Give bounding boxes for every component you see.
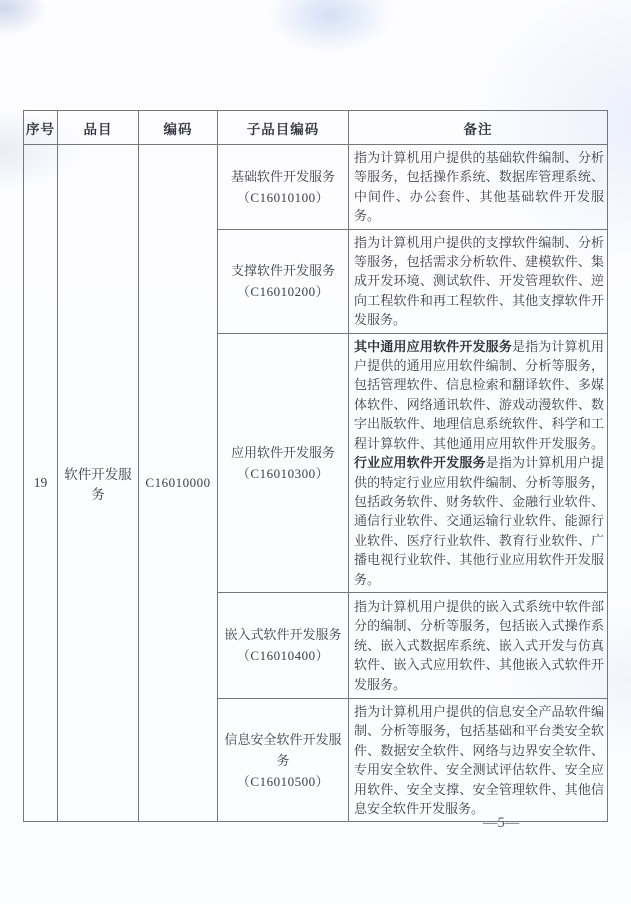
code-cell: C16010000 — [139, 145, 218, 822]
remark-text: 是指为计算机用户提供的通用应用软件编制、分析等服务，包括管理软件、信息检索和翻译… — [354, 339, 604, 451]
subitem-code: （C16010400） — [220, 645, 346, 666]
subitem-name: 信息安全软件开发服务 — [220, 729, 346, 771]
remark-bold-term: 其中通用应用软件开发服务 — [354, 339, 512, 354]
subitem-code: （C16010200） — [220, 281, 346, 302]
column-header-1: 品目 — [58, 111, 139, 145]
subitem-name: 嵌入式软件开发服务 — [220, 624, 346, 645]
remark-text: 指为计算机用户提供的信息安全产品软件编制、分析等服务，包括基础和平台类安全软件、… — [354, 704, 604, 816]
remark-text: 是指为计算机用户提供的特定行业应用软件编制、分析等服务，包括政务软件、财务软件、… — [354, 455, 604, 586]
remark-cell: 指为计算机用户提供的信息安全产品软件编制、分析等服务，包括基础和平台类安全软件、… — [349, 698, 608, 821]
table-body: 19软件开发服务C16010000基础软件开发服务（C16010100）指为计算… — [24, 145, 608, 822]
table-header: 序号品目编码子品目编码备注 — [24, 111, 608, 145]
column-header-2: 编码 — [139, 111, 218, 145]
subitem-name: 基础软件开发服务 — [220, 166, 346, 187]
subitem-code: （C16010500） — [220, 771, 346, 792]
table-row: 19软件开发服务C16010000基础软件开发服务（C16010100）指为计算… — [24, 145, 608, 230]
subitem-name: 支撑软件开发服务 — [220, 260, 346, 281]
seq-cell: 19 — [24, 145, 58, 822]
subitem-name: 应用软件开发服务 — [220, 442, 346, 463]
subitem-cell: 支撑软件开发服务（C16010200） — [218, 229, 349, 333]
remark-bold-term: 行业应用软件开发服务 — [354, 455, 486, 470]
subitem-cell: 信息安全软件开发服务（C16010500） — [218, 698, 349, 821]
subitem-cell: 应用软件开发服务（C16010300） — [218, 333, 349, 592]
remark-text: 指为计算机用户提供的支撑软件编制、分析等服务，包括需求分析软件、建模软件、集成开… — [354, 235, 604, 328]
classification-table: 序号品目编码子品目编码备注 19软件开发服务C16010000基础软件开发服务（… — [23, 110, 608, 822]
document-page: 序号品目编码子品目编码备注 19软件开发服务C16010000基础软件开发服务（… — [0, 0, 631, 904]
subitem-code: （C16010100） — [220, 187, 346, 208]
remark-cell: 指为计算机用户提供的基础软件编制、分析等服务，包括操作系统、数据库管理系统、中间… — [349, 145, 608, 230]
remark-text: 指为计算机用户提供的嵌入式系统中软件部分的编制、分析等服务，包括嵌入式操作系统、… — [354, 599, 604, 692]
subitem-cell: 嵌入式软件开发服务（C16010400） — [218, 592, 349, 698]
header-row: 序号品目编码子品目编码备注 — [24, 111, 608, 145]
subitem-cell: 基础软件开发服务（C16010100） — [218, 145, 349, 230]
column-header-3: 子品目编码 — [218, 111, 349, 145]
item-cell: 软件开发服务 — [58, 145, 139, 822]
column-header-4: 备注 — [349, 111, 608, 145]
remark-cell: 其中通用应用软件开发服务是指为计算机用户提供的通用应用软件编制、分析等服务，包括… — [349, 333, 608, 592]
subitem-code: （C16010300） — [220, 463, 346, 484]
page-number: —5— — [483, 815, 519, 832]
column-header-0: 序号 — [24, 111, 58, 145]
remark-text: 指为计算机用户提供的基础软件编制、分析等服务，包括操作系统、数据库管理系统、中间… — [354, 150, 604, 223]
remark-cell: 指为计算机用户提供的支撑软件编制、分析等服务，包括需求分析软件、建模软件、集成开… — [349, 229, 608, 333]
remark-cell: 指为计算机用户提供的嵌入式系统中软件部分的编制、分析等服务，包括嵌入式操作系统、… — [349, 592, 608, 698]
